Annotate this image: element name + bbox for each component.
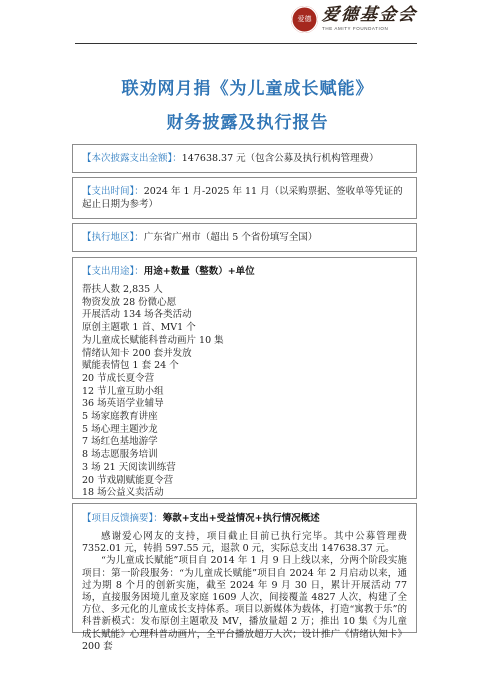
header-divider bbox=[75, 43, 417, 44]
usage-item: 5 场家庭教育讲座 bbox=[82, 411, 407, 424]
expense-usage-list: 帮扶人数 2,835 人 物资发放 28 份微心愿 开展活动 134 场各类活动… bbox=[82, 284, 407, 500]
expense-usage-box: 【支出用途】：用途+数量（整数）+单位 帮扶人数 2,835 人 物资发放 28… bbox=[72, 257, 417, 499]
amity-foundation-logo: 爱德 爱德基金会 THE AMITY FOUNDATION bbox=[291, 6, 417, 33]
disclosed-amount-value: 147638.37 元（包含公募及执行机构管理费） bbox=[182, 153, 379, 164]
disclosed-amount-box: 【本次披露支出金额】：147638.37 元（包含公募及执行机构管理费） bbox=[72, 144, 417, 173]
expense-usage-label: 【支出用途】： bbox=[82, 266, 144, 277]
usage-item: 5 场心理主题沙龙 bbox=[82, 424, 407, 437]
org-name-block: 爱德基金会 THE AMITY FOUNDATION bbox=[322, 6, 417, 31]
disclosed-amount-label: 【本次披露支出金额】： bbox=[82, 153, 182, 164]
report-page: 爱德 爱德基金会 THE AMITY FOUNDATION 联劝网月捐《为儿童成… bbox=[0, 0, 495, 700]
feedback-paragraph-2: “为儿童成长赋能”项目自 2014 年 1 月 9 日上线以来，分两个阶段实施项… bbox=[82, 555, 407, 653]
usage-item: 7 场红色基地游学 bbox=[82, 436, 407, 449]
header: 爱德 爱德基金会 THE AMITY FOUNDATION bbox=[75, 6, 417, 38]
expense-usage-subtitle: 用途+数量（整数）+单位 bbox=[144, 266, 255, 277]
usage-item: 3 场 21 天阅读训练营 bbox=[82, 462, 407, 475]
org-name-en: THE AMITY FOUNDATION bbox=[322, 26, 388, 31]
usage-item: 情绪认知卡 200 套并发放 bbox=[82, 348, 407, 361]
usage-item: 帮扶人数 2,835 人 bbox=[82, 284, 407, 297]
project-feedback-heading: 【项目反馈摘要】：筹款+支出+受益情况+执行情况概述 bbox=[82, 512, 407, 525]
project-feedback-label: 【项目反馈摘要】： bbox=[82, 513, 163, 524]
usage-item: 开展活动 134 场各类活动 bbox=[82, 309, 407, 322]
project-feedback-subtitle: 筹款+支出+受益情况+执行情况概述 bbox=[163, 513, 320, 524]
usage-item: 20 节戏剧赋能夏令营 bbox=[82, 475, 407, 488]
usage-item: 物资发放 28 份微心愿 bbox=[82, 297, 407, 310]
execution-region-box: 【执行地区】：广东省广州市（超出 5 个省份填写全国） bbox=[72, 223, 417, 252]
feedback-paragraph-1: 感谢爱心网友的支持，项目截止目前已执行完毕。其中公募管理费 7352.01 元，… bbox=[82, 531, 407, 555]
project-feedback-box: 【项目反馈摘要】：筹款+支出+受益情况+执行情况概述 感谢爱心网友的支持，项目截… bbox=[72, 503, 417, 633]
expense-period-label: 【支出时间】： bbox=[82, 186, 144, 197]
usage-item: 36 场英语学业辅导 bbox=[82, 398, 407, 411]
amity-seal-icon: 爱德 bbox=[291, 6, 318, 33]
usage-item: 原创主题歌 1 首、MV1 个 bbox=[82, 322, 407, 335]
usage-item: 为儿童成长赋能科普动画片 10 集 bbox=[82, 335, 407, 348]
usage-item: 赋能表情包 1 套 24 个 bbox=[82, 360, 407, 373]
usage-item: 12 节儿童互助小组 bbox=[82, 386, 407, 399]
execution-region-label: 【执行地区】： bbox=[82, 232, 144, 243]
report-title-line1: 联劝网月捐《为儿童成长赋能》 bbox=[0, 74, 495, 99]
org-name-zh: 爱德基金会 bbox=[321, 6, 418, 25]
expense-usage-heading: 【支出用途】：用途+数量（整数）+单位 bbox=[82, 265, 407, 278]
usage-item: 20 节成长夏令营 bbox=[82, 373, 407, 386]
usage-item: 18 场公益义卖活动 bbox=[82, 487, 407, 500]
report-title-line2: 财务披露及执行报告 bbox=[0, 108, 495, 133]
expense-period-box: 【支出时间】：2024 年 1 月-2025 年 11 月（以采购票据、签收单等… bbox=[72, 177, 417, 219]
execution-region-value: 广东省广州市（超出 5 个省份填写全国） bbox=[144, 232, 318, 243]
usage-item: 8 场志愿服务培训 bbox=[82, 449, 407, 462]
